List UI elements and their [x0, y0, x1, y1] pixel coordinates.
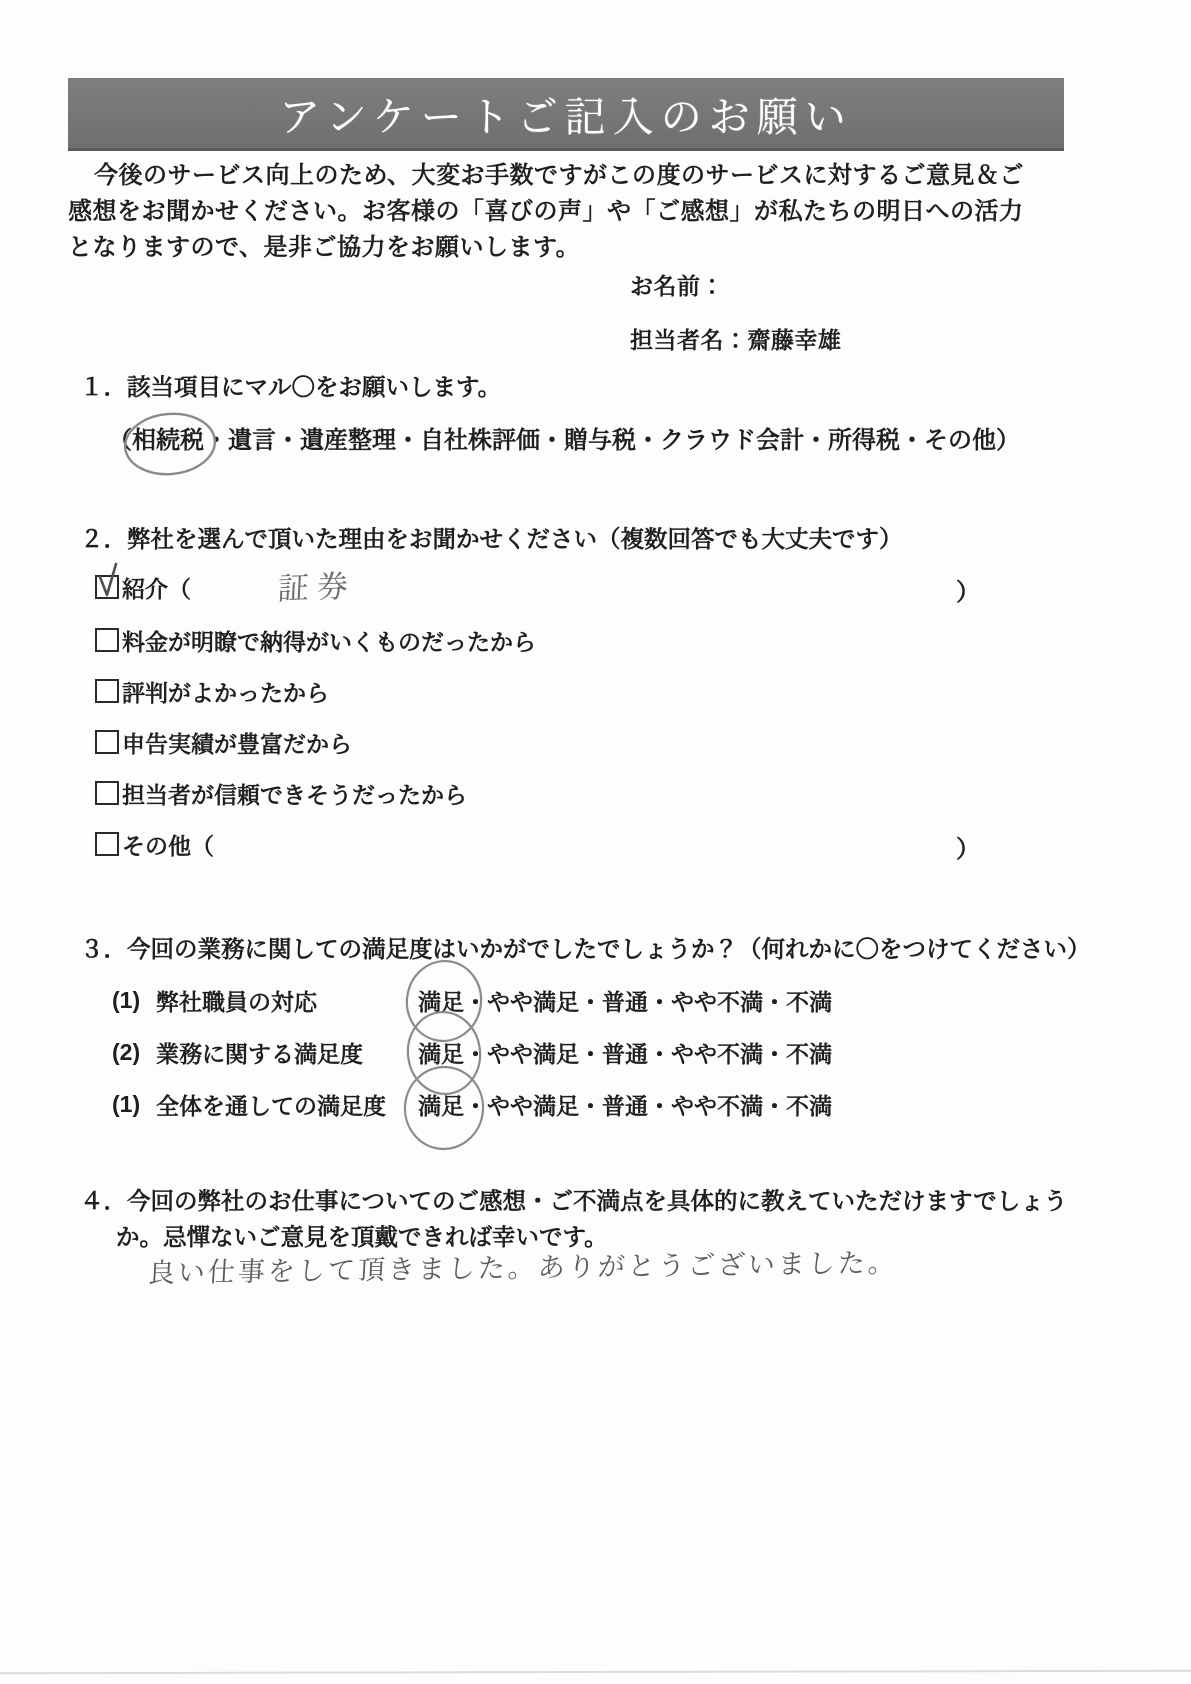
checkbox-icon [95, 679, 119, 703]
other-ratings: ・やや満足・普通・やや不満・不満 [464, 1041, 832, 1067]
rating-scale: 満足 ・やや満足・普通・やや不満・不満 [418, 1088, 832, 1121]
checkbox-label: 申告実績が豊富だから [122, 726, 352, 759]
handwritten-check-icon [97, 561, 121, 599]
checkbox-icon [95, 628, 119, 652]
handwritten-referrer: 証券 [277, 561, 358, 609]
q2-item-other: その他（ [95, 827, 214, 861]
rating-scale: 満足 ・やや満足・普通・やや不満・不満 [418, 1036, 832, 1069]
selected-rating: 満足 [418, 1036, 464, 1069]
selected-rating: 満足 [418, 1088, 464, 1121]
q3-heading: ３．今回の業務に関しての満足度はいかがでしたでしょうか？（何れかに〇をつけてくだ… [80, 930, 1091, 964]
q1-circled-option: 相続税 [132, 420, 204, 455]
row-label: 業務に関する満足度 [156, 1036, 418, 1069]
q2-other-close-paren: ） [956, 829, 980, 864]
q1-open-paren: （ [108, 427, 132, 454]
scanned-survey-page: アンケートご記入のお願い 今後のサービス向上のため、大変お手数ですがこの度のサー… [0, 0, 1191, 1684]
row-number: (1) [112, 1091, 156, 1118]
name-label: お名前： [630, 268, 724, 301]
row-number: (1) [112, 987, 156, 1014]
q2-item-pricing: 料金が明瞭で納得がいくものだったから [95, 623, 536, 657]
checkbox-icon-checked [95, 575, 119, 599]
checkbox-label: 評判がよかったから [122, 675, 329, 708]
q2-item-reputation: 評判がよかったから [95, 674, 329, 708]
satisfaction-row-staff: (1) 弊社職員の対応 満足 ・やや満足・普通・やや不満・不満 [112, 984, 832, 1017]
selected-rating: 満足 [418, 984, 464, 1017]
checkbox-label: 料金が明瞭で納得がいくものだったから [122, 624, 536, 657]
q2-item-track-record: 申告実績が豊富だから [95, 725, 352, 759]
checkbox-label: 紹介（ [122, 571, 191, 604]
title-banner: アンケートご記入のお願い [68, 78, 1064, 151]
intro-paragraph: 今後のサービス向上のため、大変お手数ですがこの度のサービスに対するご意見＆ご感想… [68, 158, 1046, 266]
page-title: アンケートご記入のお願い [279, 84, 853, 143]
q4-heading-line1: ４．今回の弊社のお仕事についてのご感想・ご不満点を具体的に教えていただけますでし… [80, 1182, 1067, 1216]
checkbox-label: その他（ [122, 828, 214, 861]
checkbox-icon [95, 730, 119, 754]
rating-scale: 満足 ・やや満足・普通・やや不満・不満 [418, 984, 832, 1017]
other-ratings: ・やや満足・普通・やや不満・不満 [464, 989, 832, 1015]
row-label: 弊社職員の対応 [156, 984, 418, 1017]
q1-rest-options: ・遺言・遺産整理・自社株評価・贈与税・クラウド会計・所得税・その他） [204, 427, 1020, 454]
satisfaction-row-overall: (1) 全体を通しての満足度 満足 ・やや満足・普通・やや不満・不満 [112, 1088, 832, 1121]
checkbox-label: 担当者が信頼できそうだったから [122, 777, 467, 810]
staff-name-label: 担当者名：齋藤幸雄 [630, 322, 842, 355]
q2-heading: ２．弊社を選んで頂いた理由をお聞かせください（複数回答でも大丈夫です） [80, 520, 903, 554]
row-number: (2) [112, 1039, 156, 1066]
scan-edge-line [0, 1670, 1191, 1674]
checkbox-icon [95, 781, 119, 805]
q2-referral-close-paren: ） [956, 572, 980, 607]
row-label: 全体を通しての満足度 [156, 1088, 418, 1121]
checkbox-icon [95, 832, 119, 856]
q1-heading: １．該当項目にマル〇をお願いします。 [80, 368, 501, 402]
q1-options-line: （相続税 ・遺言・遺産整理・自社株評価・贈与税・クラウド会計・所得税・その他） [108, 420, 1020, 455]
satisfaction-row-service: (2) 業務に関する満足度 満足 ・やや満足・普通・やや不満・不満 [112, 1036, 832, 1069]
q2-item-referral: 紹介（ [95, 570, 191, 604]
other-ratings: ・やや満足・普通・やや不満・不満 [464, 1093, 832, 1119]
q2-item-trustworthy-staff: 担当者が信頼できそうだったから [95, 776, 467, 810]
